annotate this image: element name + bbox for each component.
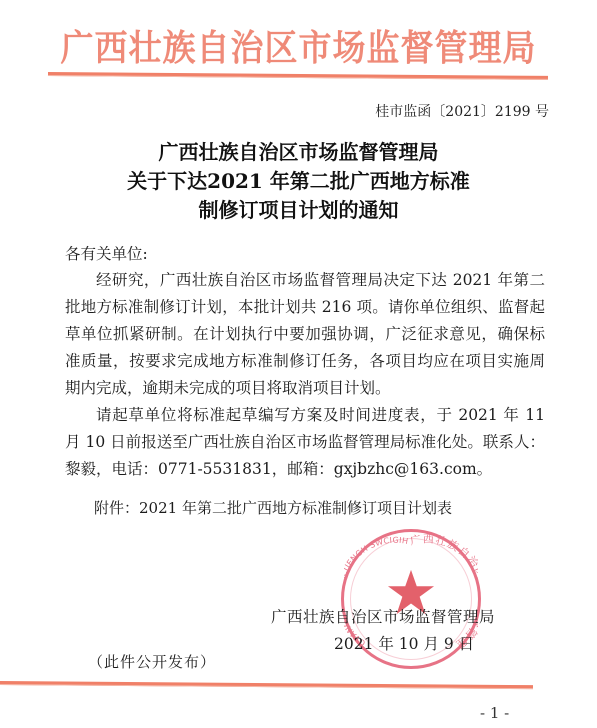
document-title: 广西壮族自治区市场监督管理局 关于下达2021 年第二批广西地方标准 制修订项目…	[0, 138, 597, 225]
signature-date: 2021 年 10 月 9 日	[334, 632, 474, 654]
signature-organization: 广西壮族自治区市场监督管理局	[271, 605, 495, 627]
header-red-rule	[48, 72, 548, 80]
title-line-2: 关于下达2021 年第二批广西地方标准	[0, 167, 597, 196]
body-paragraph-2: 请起草单位将标准起草编写方案及时间进度表，于 2021 年 11 月 10 日前…	[65, 402, 545, 483]
footer-red-rule	[0, 681, 533, 689]
title-line-3: 制修订项目计划的通知	[0, 196, 597, 225]
title-line-1: 广西壮族自治区市场监督管理局	[0, 138, 597, 167]
document-number: 桂市监函〔2021〕2199 号	[375, 101, 549, 121]
body-paragraph-1: 经研究，广西壮族自治区市场监督管理局决定下达 2021 年第二批地方标准制修订计…	[65, 267, 545, 402]
issuing-authority-header: 广西壮族自治区市场监督管理局	[0, 20, 597, 71]
page-number: - 1 -	[480, 704, 509, 722]
attachment-line: 附件：2021 年第二批广西地方标准制修订项目计划表	[94, 497, 452, 518]
public-release-note: （此件公开发布）	[88, 651, 216, 672]
salutation: 各有关单位:	[65, 241, 545, 268]
